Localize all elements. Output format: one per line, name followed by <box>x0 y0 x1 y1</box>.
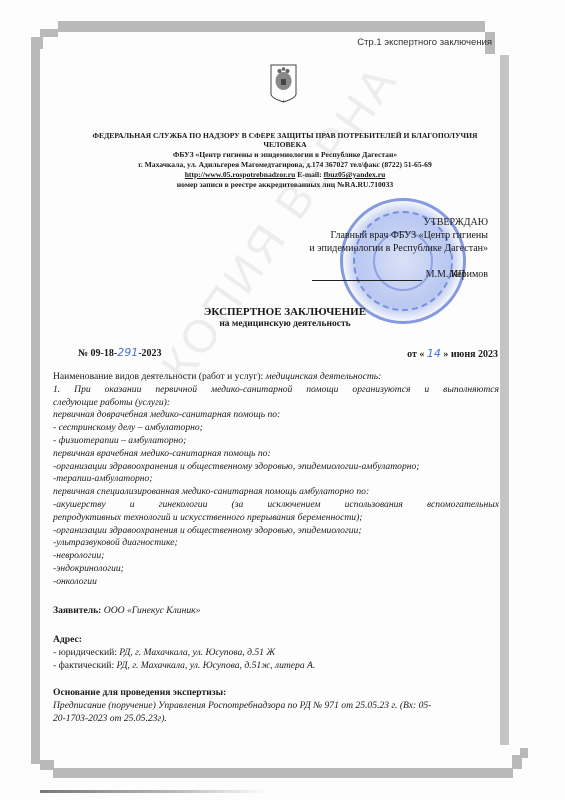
frame-corner-left <box>31 37 43 49</box>
activity-line: -терапии-амбулаторно; <box>53 473 499 486</box>
activity-obstetrics-line2: репродуктивных технологий и искусственно… <box>53 512 499 525</box>
frame-bar-top <box>58 21 485 32</box>
activities-item1-line2: следующие работы (услуги): <box>53 397 499 410</box>
legal-address-value: РД, г. Махачкала, ул. Юсупова, д.51 Ж <box>119 647 275 658</box>
activity-line: первичная специализированная медико-сани… <box>53 486 499 499</box>
approval-title: УТВЕРЖДАЮ <box>309 216 488 229</box>
frame-corner-bottom-right-2 <box>520 748 528 758</box>
basis-label: Основание для проведения экспертизы: <box>53 687 499 700</box>
frame-bar-left <box>31 49 40 764</box>
activity-line: первичная врачебная медико-санитарная по… <box>53 448 499 461</box>
approval-position-line2: и эпидемиологии в Республике Дагестан» <box>309 242 488 255</box>
activities-item1-line1: 1. При оказании первичной медико-санитар… <box>53 384 499 397</box>
activity-line: -эндокринологии; <box>53 563 499 576</box>
number-handwritten: 291 <box>117 346 138 359</box>
document-date: от « 14 » июня 2023 <box>407 347 498 360</box>
activities-heading: Наименование видов деятельности (работ и… <box>53 371 499 384</box>
activity-line: -неврологии; <box>53 550 499 563</box>
approval-position-line1: Главный врач ФБУЗ «Центр гигиены <box>309 229 488 242</box>
actual-address-label: - фактический: <box>53 660 117 671</box>
scan-shadow <box>40 790 270 793</box>
approval-block: УТВЕРЖДАЮ Главный врач ФБУЗ «Центр гигие… <box>309 216 488 281</box>
activities-value: медицинская деятельность: <box>266 371 382 382</box>
document-subtitle: на медицинскую деятельность <box>55 319 515 329</box>
activity-line: первичная доврачебная медико-санитарная … <box>53 409 499 422</box>
document-title: ЭКСПЕРТНОЕ ЗАКЛЮЧЕНИЕ <box>55 306 515 318</box>
scanned-page: Стр.1 экспертного заключения ФЕДЕРАЛЬНАЯ… <box>0 0 565 800</box>
applicant-section: Заявитель: ООО «Гинекус Клиник» <box>53 605 499 618</box>
activity-obstetrics-line1: -акушерству и гинекологии (за исключение… <box>53 499 499 512</box>
signature-line <box>312 280 422 281</box>
activity-line: -организации здравоохранения и обществен… <box>53 525 499 538</box>
actual-address: - фактический: РД, г. Махачкала, ул. Юсу… <box>53 660 499 673</box>
date-suffix: » июня 2023 <box>443 349 498 360</box>
legal-address-label: - юридический: <box>53 647 119 658</box>
basis-line2: 20-1703-2023 от 25.05.23г). <box>53 713 499 726</box>
basis-section: Основание для проведения экспертизы: Пре… <box>53 687 499 725</box>
activity-line: - физиотерапии – амбулаторно; <box>53 435 499 448</box>
legal-address: - юридический: РД, г. Махачкала, ул. Юсу… <box>53 647 499 660</box>
number-prefix: № 09-18- <box>78 348 117 359</box>
date-prefix: от « <box>407 349 424 360</box>
number-suffix: -2023 <box>138 348 161 359</box>
page-header-reference: Стр.1 экспертного заключения <box>357 37 492 48</box>
document-number: № 09-18-291-2023 <box>78 346 162 359</box>
frame-corner-top-left <box>40 29 58 37</box>
activities-section: Наименование видов деятельности (работ и… <box>53 371 499 589</box>
activity-line: -организации здравоохранения и обществен… <box>53 461 499 474</box>
applicant-label: Заявитель: <box>53 605 104 616</box>
address-label: Адрес: <box>53 634 499 647</box>
activity-line: - сестринскому делу – амбулаторно; <box>53 422 499 435</box>
org-center-name: ФБУЗ «Центр гигиены и эпидемиологии в Ре… <box>55 150 515 160</box>
applicant-value: ООО «Гинекус Клиник» <box>104 605 201 616</box>
actual-address-value: РД, г. Махачкала, ул. Юсупова, д.51ж, ли… <box>117 660 316 671</box>
date-day-handwritten: 14 <box>427 347 441 360</box>
address-section: Адрес: - юридический: РД, г. Махачкала, … <box>53 634 499 672</box>
org-name-line2: ЧЕЛОВЕКА <box>55 140 515 150</box>
basis-line1: Предписание (поручение) Управления Роспо… <box>53 700 499 713</box>
seal-label: МП <box>449 268 465 281</box>
activity-line: -онкологии <box>53 576 499 589</box>
russian-coat-of-arms-icon <box>270 64 297 103</box>
frame-bar-bottom <box>53 768 513 778</box>
activities-label: Наименование видов деятельности (работ и… <box>53 371 266 382</box>
activity-line: -ультразвуковой диагностике; <box>53 537 499 550</box>
frame-corner-bottom-left <box>40 760 54 770</box>
